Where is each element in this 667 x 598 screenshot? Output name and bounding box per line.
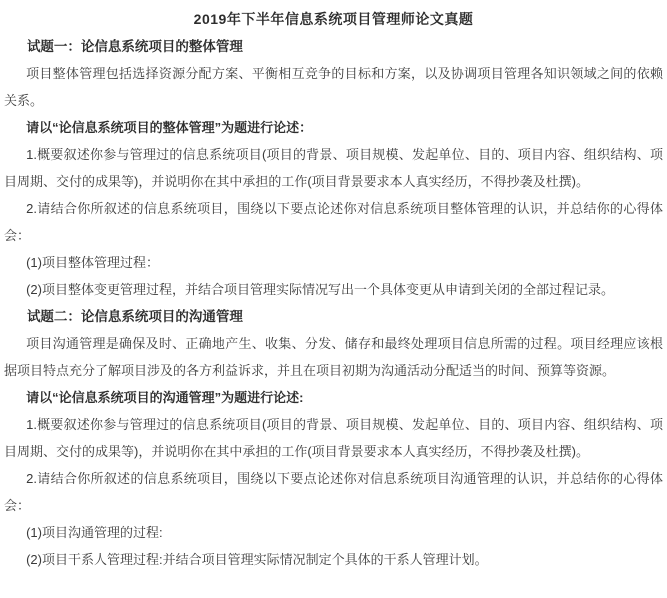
question-two-heading: 试题二：论信息系统项目的沟通管理: [4, 303, 663, 330]
question-two-section: 试题二：论信息系统项目的沟通管理 项目沟通管理是确保及时、正确地产生、收集、分发…: [4, 303, 663, 573]
question-two-item-2: 2.请结合你所叙述的信息系统项目，围绕以下要点论述你对信息系统项目沟通管理的认识…: [4, 465, 663, 519]
question-one-subitem-2: (2)项目整体变更管理过程，并结合项目管理实际情况写出一个具体变更从申请到关闭的…: [4, 276, 663, 303]
question-two-item-1: 1.概要叙述你参与管理过的信息系统项目(项目的背景、项目规模、发起单位、目的、项…: [4, 411, 663, 465]
question-two-intro: 项目沟通管理是确保及时、正确地产生、收集、分发、储存和最终处理项目信息所需的过程…: [4, 330, 663, 384]
question-one-intro: 项目整体管理包括选择资源分配方案、平衡相互竞争的目标和方案，以及协调项目管理各知…: [4, 60, 663, 114]
page-title: 2019年下半年信息系统项目管理师论文真题: [4, 5, 663, 33]
question-one-prompt: 请以“论信息系统项目的整体管理”为题进行论述：: [4, 114, 663, 141]
question-two-subitem-1: (1)项目沟通管理的过程:: [4, 519, 663, 546]
question-one-item-2: 2.请结合你所叙述的信息系统项目，围绕以下要点论述你对信息系统项目整体管理的认识…: [4, 195, 663, 249]
question-one-heading: 试题一：论信息系统项目的整体管理: [4, 33, 663, 60]
exam-document: 2019年下半年信息系统项目管理师论文真题 试题一：论信息系统项目的整体管理 项…: [0, 0, 667, 598]
question-one-section: 试题一：论信息系统项目的整体管理 项目整体管理包括选择资源分配方案、平衡相互竞争…: [4, 33, 663, 303]
question-two-prompt: 请以“论信息系统项目的沟通管理”为题进行论述:: [4, 384, 663, 411]
question-one-item-1: 1.概要叙述你参与管理过的信息系统项目(项目的背景、项目规模、发起单位、目的、项…: [4, 141, 663, 195]
question-two-subitem-2: (2)项目干系人管理过程:并结合项目管理实际情况制定个具体的干系人管理计划。: [4, 546, 663, 573]
question-one-subitem-1: (1)项目整体管理过程：: [4, 249, 663, 276]
